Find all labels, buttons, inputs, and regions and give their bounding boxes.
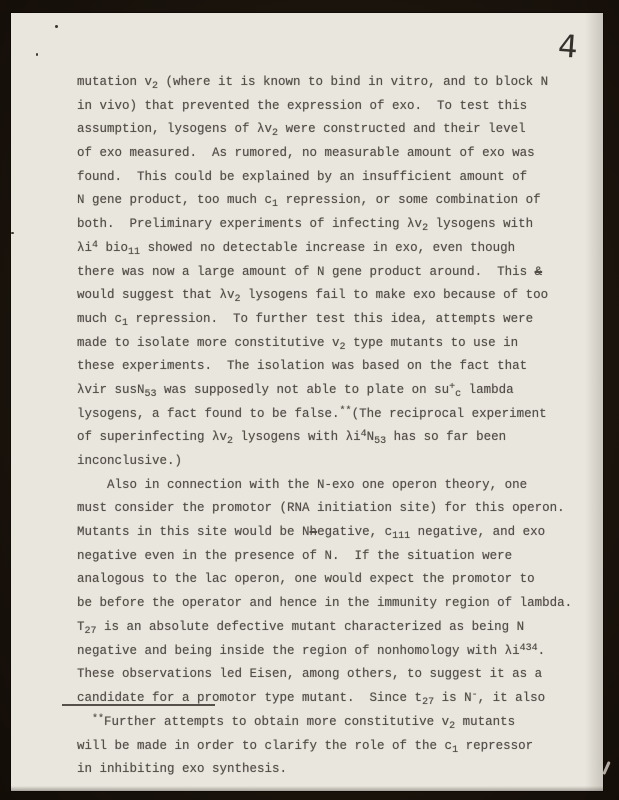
typed-line: **Further attempts to obtain more consti…: [77, 711, 582, 735]
photo-scratch: [602, 761, 610, 775]
typed-line: much c1 repression. To further test this…: [77, 308, 582, 332]
typed-line: N gene product, too much c1 repression, …: [77, 189, 582, 213]
paper-speck: [55, 25, 58, 28]
paper-speck: [36, 53, 38, 56]
typed-line: of exo measured. As rumored, no measurab…: [77, 142, 582, 166]
handwritten-page-number: 4: [557, 28, 579, 65]
typed-line: λi4 bio11 showed no detectable increase …: [77, 237, 582, 261]
typed-line: T27 is an absolute defective mutant char…: [77, 616, 582, 640]
typed-line: in vivo) that prevented the expression o…: [77, 95, 582, 119]
typed-line: candidate for a promotor type mutant. Si…: [77, 687, 582, 711]
typed-line: These observations led Eisen, among othe…: [77, 663, 582, 687]
typed-body-text: mutation v2 (where it is known to bind i…: [77, 71, 582, 711]
photo-backdrop: 4 mutation v2 (where it is known to bind…: [0, 0, 619, 800]
typed-line: would suggest that λv2 lysogens fail to …: [77, 284, 582, 308]
typed-line: will be made in order to clarify the rol…: [77, 735, 582, 759]
typed-line: negative even in the presence of N. If t…: [77, 545, 582, 569]
typed-line: lysogens, a fact found to be false.**(Th…: [77, 403, 582, 427]
typed-line: made to isolate more constitutive v2 typ…: [77, 332, 582, 356]
typed-footnote-text: **Further attempts to obtain more consti…: [77, 711, 582, 782]
typed-line: inconclusive.): [77, 450, 582, 474]
typed-line: be before the operator and hence in the …: [77, 592, 582, 616]
typed-line: found. This could be explained by an ins…: [77, 166, 582, 190]
typed-line: these experiments. The isolation was bas…: [77, 355, 582, 379]
footnote-separator: [62, 704, 215, 706]
typed-line: both. Preliminary experiments of infecti…: [77, 213, 582, 237]
typed-line: Mutants in this site would be Nhegative,…: [77, 521, 582, 545]
typed-line: Also in connection with the N-exo one op…: [77, 474, 582, 498]
paper-speck: [11, 232, 14, 234]
document-page: 4 mutation v2 (where it is known to bind…: [11, 13, 603, 791]
typed-line: λvir susN53 was supposedly not able to p…: [77, 379, 582, 403]
typed-line: of superinfecting λv2 lysogens with λi4N…: [77, 426, 582, 450]
typed-line: analogous to the lac operon, one would e…: [77, 568, 582, 592]
typed-line: must consider the promotor (RNA initiati…: [77, 497, 582, 521]
typed-line: negative and being inside the region of …: [77, 640, 582, 664]
typed-line: in inhibiting exo synthesis.: [77, 758, 582, 782]
typed-line: mutation v2 (where it is known to bind i…: [77, 71, 582, 95]
typed-line: assumption, lysogens of λv2 were constru…: [77, 118, 582, 142]
typed-line: there was now a large amount of N gene p…: [77, 261, 582, 285]
